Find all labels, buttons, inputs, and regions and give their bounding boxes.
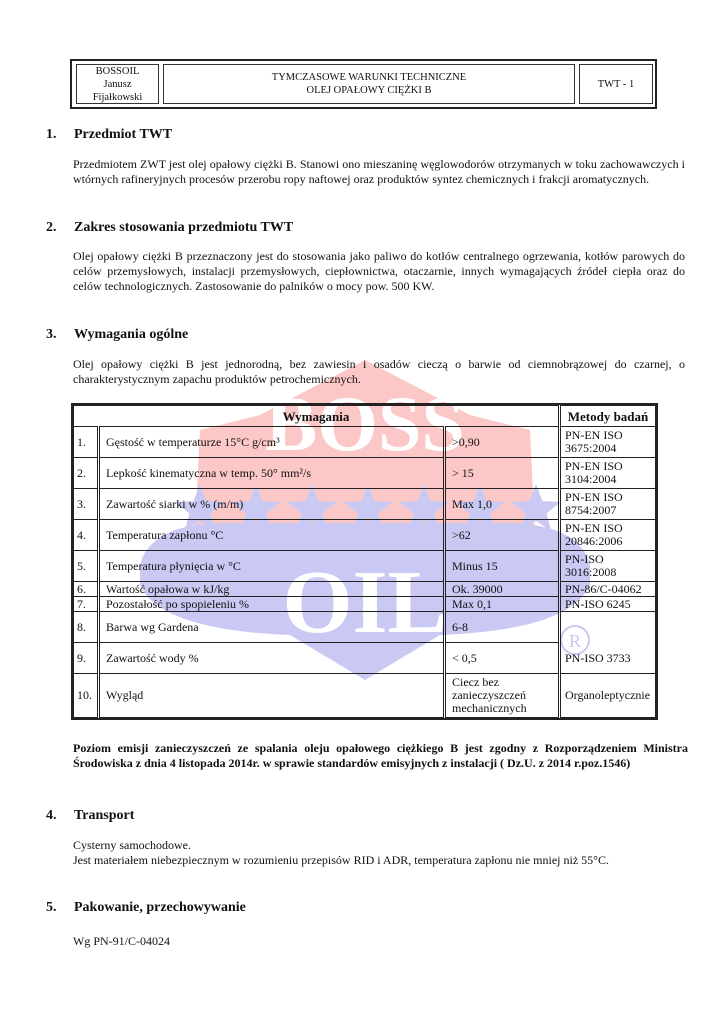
value: Ciecz bez zanieczyszczeń mechanicznych — [445, 674, 560, 718]
section-3-title: Wymagania ogólne — [74, 327, 188, 342]
value: Max 1,0 — [445, 489, 560, 520]
section-4-heading: 4.Transport — [46, 808, 134, 824]
section-2-text: Olej opałowy ciężki B przeznaczony jest … — [73, 249, 685, 294]
value: Max 0,1 — [445, 597, 560, 612]
parameter: Zawartość wody % — [99, 643, 445, 674]
doc-code-cell: TWT - 1 — [579, 64, 653, 104]
section-4-text-line2: Jest materiałem niebezpiecznym w rozumie… — [73, 853, 685, 868]
product-name: OLEJ OPAŁOWY CIĘŻKI B — [272, 84, 466, 97]
parameter: Temperatura zapłonu °C — [99, 520, 445, 551]
section-1-title: Przedmiot TWT — [74, 127, 172, 142]
method: PN-ISO 3016:2008 — [560, 551, 656, 582]
section-5-title: Pakowanie, przechowywanie — [74, 900, 246, 915]
company-owner-last: Fijałkowski — [93, 91, 143, 104]
value: 6-8 — [445, 612, 560, 643]
company-owner-first: Janusz — [93, 78, 143, 91]
value: >0,90 — [445, 427, 560, 458]
doc-code: TWT - 1 — [598, 78, 635, 91]
parameter: Zawartość siarki w % (m/m) — [99, 489, 445, 520]
section-5-text: Wg PN-91/C-04024 — [73, 934, 685, 949]
parameter: Temperatura płynięcia w °C — [99, 551, 445, 582]
col-header-methods: Metody badań — [560, 406, 656, 427]
title-cell: TYMCZASOWE WARUNKI TECHNICZNE OLEJ OPAŁO… — [163, 64, 575, 104]
table-row: 4. Temperatura zapłonu °C >62 PN-EN ISO … — [74, 520, 656, 551]
value: Minus 15 — [445, 551, 560, 582]
method: PN-ISO 3733 — [560, 612, 656, 674]
col-header-requirements: Wymagania — [74, 406, 560, 427]
emission-note: Poziom emisji zanieczyszczeń ze spalania… — [73, 741, 688, 771]
value: >62 — [445, 520, 560, 551]
table-row: 2. Lepkość kinematyczna w temp. 50° mm²/… — [74, 458, 656, 489]
method: PN-EN ISO 3104:2004 — [560, 458, 656, 489]
section-3-text: Olej opałowy ciężki B jest jednorodną, b… — [73, 357, 685, 387]
document-title: TYMCZASOWE WARUNKI TECHNICZNE — [272, 71, 466, 84]
table-row: 5. Temperatura płynięcia w °C Minus 15 P… — [74, 551, 656, 582]
parameter: Lepkość kinematyczna w temp. 50° mm²/s — [99, 458, 445, 489]
company-cell: BOSSOIL Janusz Fijałkowski — [76, 64, 159, 104]
table-row: 1. Gęstość w temperaturze 15°C g/cm³ >0,… — [74, 427, 656, 458]
table-row: 8. Barwa wg Gardena 6-8 PN-ISO 3733 — [74, 612, 656, 643]
method: PN-EN ISO 3675:2004 — [560, 427, 656, 458]
section-3-heading: 3.Wymagania ogólne — [46, 327, 188, 343]
table-row: 3. Zawartość siarki w % (m/m) Max 1,0 PN… — [74, 489, 656, 520]
company-name: BOSSOIL — [93, 65, 143, 78]
method: PN-86/C-04062 — [560, 582, 656, 597]
section-4-text-line1: Cysterny samochodowe. — [73, 838, 685, 853]
method: Organoleptycznie — [560, 674, 656, 718]
value: < 0,5 — [445, 643, 560, 674]
section-1-heading: 1.Przedmiot TWT — [46, 127, 172, 143]
method: PN-EN ISO 20846:2006 — [560, 520, 656, 551]
parameter: Barwa wg Gardena — [99, 612, 445, 643]
requirements-table: Wymagania Metody badań 1. Gęstość w temp… — [71, 403, 658, 720]
section-2-heading: 2.Zakres stosowania przedmiotu TWT — [46, 220, 293, 236]
section-2-title: Zakres stosowania przedmiotu TWT — [74, 220, 293, 235]
table-row: 6. Wartość opałowa w kJ/kg Ok. 39000 PN-… — [74, 582, 656, 597]
section-1-text: Przedmiotem ZWT jest olej opałowy ciężki… — [73, 157, 685, 187]
parameter: Wartość opałowa w kJ/kg — [99, 582, 445, 597]
table-row: 10. Wygląd Ciecz bez zanieczyszczeń mech… — [74, 674, 656, 718]
method: PN-EN ISO 8754:2007 — [560, 489, 656, 520]
section-5-heading: 5.Pakowanie, przechowywanie — [46, 900, 246, 916]
section-4-title: Transport — [74, 808, 134, 823]
value: > 15 — [445, 458, 560, 489]
parameter: Wygląd — [99, 674, 445, 718]
table-row: 7. Pozostałość po spopieleniu % Max 0,1 … — [74, 597, 656, 612]
parameter: Pozostałość po spopieleniu % — [99, 597, 445, 612]
parameter: Gęstość w temperaturze 15°C g/cm³ — [99, 427, 445, 458]
value: Ok. 39000 — [445, 582, 560, 597]
method: PN-ISO 6245 — [560, 597, 656, 612]
document-header: BOSSOIL Janusz Fijałkowski TYMCZASOWE WA… — [70, 59, 657, 109]
